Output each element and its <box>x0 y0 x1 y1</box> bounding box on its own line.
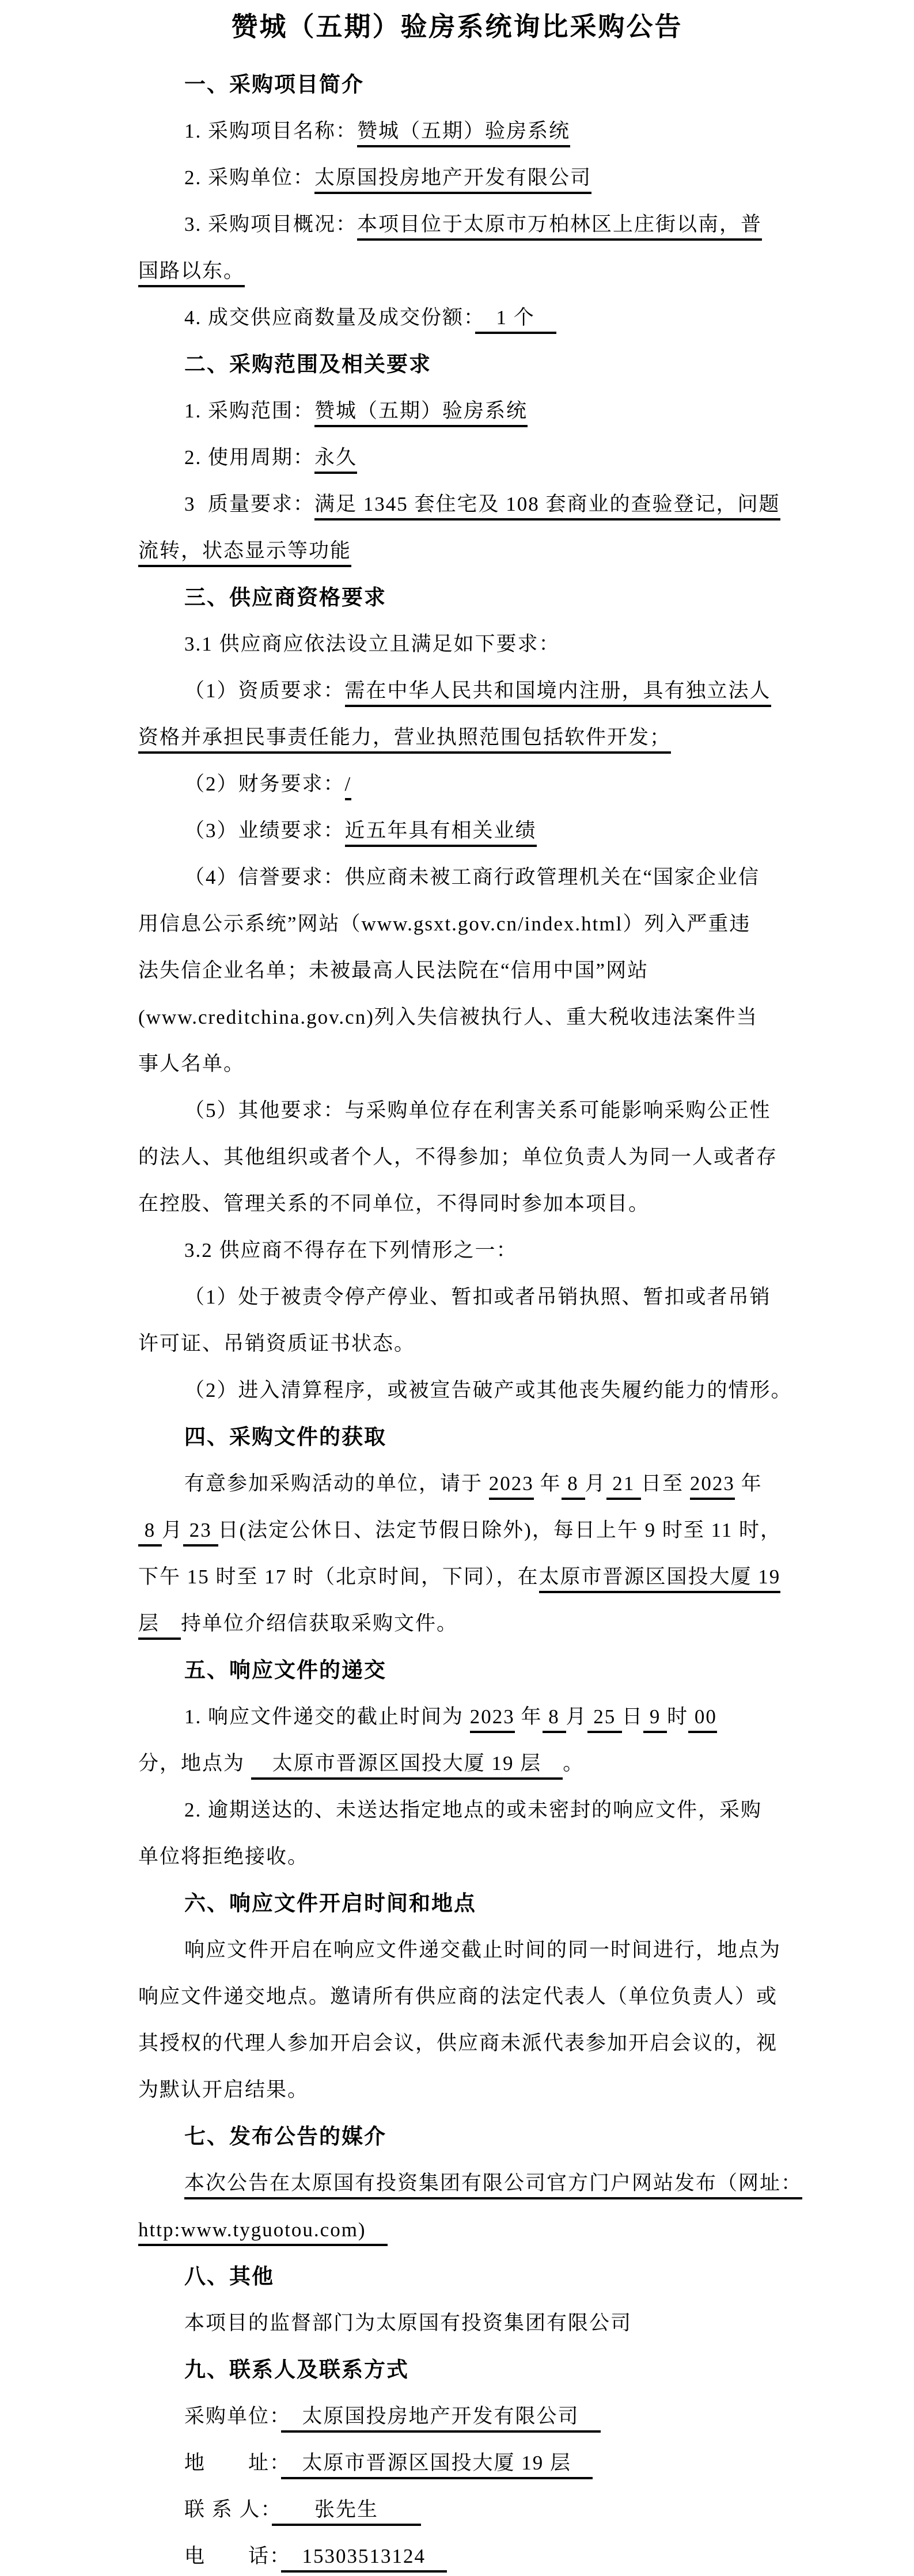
underlined-value-text: 太原国投房地产开发有限公司 <box>281 2405 601 2433</box>
performance-requirement-line: （3）业绩要求：近五年具有相关业绩 <box>184 818 537 844</box>
underlined-value-text: 2023 <box>690 1472 735 1500</box>
label-text: 月 <box>566 1705 587 1728</box>
label-text: 1. 采购范围： <box>184 400 314 422</box>
clause-3-2: 3.2 供应商不得存在下列情形之一： <box>184 1237 518 1264</box>
section-heading-6: 六、响应文件开启时间和地点 <box>184 1890 476 1917</box>
underlined-value-text: 8 <box>138 1519 162 1547</box>
label-text: 3. 采购项目概况： <box>184 213 357 235</box>
underlined-value-text: 永久 <box>314 446 357 474</box>
label-text: 在控股、管理关系的不同单位，不得同时参加本项目。 <box>138 1192 650 1215</box>
label-text: 2. 使用周期： <box>184 446 314 469</box>
supplier-count-line: 4. 成交供应商数量及成交份额： 1 个 <box>184 305 556 331</box>
section-heading-9: 九、联系人及联系方式 <box>184 2357 409 2383</box>
underlined-value-text: 本次公告在太原国有投资集团有限公司官方门户网站发布（网址： <box>184 2172 802 2199</box>
label-text: 月 <box>162 1519 183 1541</box>
label-text: 八、其他 <box>184 2265 274 2288</box>
label-text: 单位将拒绝接收。 <box>138 1845 309 1868</box>
underlined-value-text: 太原国投房地产开发有限公司 <box>314 166 591 194</box>
underlined-value-text: 1 个 <box>475 306 556 334</box>
label-text: 2. 逾期送达的、未送达指定地点的或未密封的响应文件，采购 <box>184 1799 762 1821</box>
label-text: 采购单位： <box>184 2405 281 2427</box>
underlined-value-text: 太原市晋源区国投大厦 19 <box>539 1566 781 1593</box>
announcement-media-line: 本次公告在太原国有投资集团有限公司官方门户网站发布（网址： <box>184 2170 802 2197</box>
opening-info-line: 响应文件开启在响应文件递交截止时间的同一时间进行，地点为 <box>184 1937 781 1963</box>
situation-1-cont: 许可证、吊销资质证书状态。 <box>138 1331 415 1357</box>
underlined-value-text: 25 <box>587 1705 623 1733</box>
label-text: 年 <box>735 1472 763 1495</box>
label-text: （5）其他要求：与采购单位存在利害关系可能影响采购公正性 <box>184 1099 771 1122</box>
label-text: 时 <box>667 1705 688 1728</box>
underlined-value-text: 00 <box>688 1705 717 1733</box>
section-heading-1: 一、采购项目简介 <box>184 71 364 98</box>
label-text: 九、联系人及联系方式 <box>184 2358 409 2381</box>
quality-requirement-line: 3 质量要求：满足 1345 套住宅及 108 套商业的查验登记，问题 <box>184 491 780 518</box>
situation-2-line: （2）进入清算程序，或被宣告破产或其他丧失履约能力的情形。 <box>184 1377 792 1404</box>
label-text: 。 <box>563 1752 584 1775</box>
label-text: 五、响应文件的递交 <box>184 1658 386 1682</box>
underlined-value-text: 近五年具有相关业绩 <box>345 819 537 847</box>
underlined-value-text: 层 <box>138 1612 181 1640</box>
label-text: 四、采购文件的获取 <box>184 1425 386 1449</box>
qualification-line: （1）资质要求：需在中华人民共和国境内注册，具有独立法人 <box>184 678 771 704</box>
submission-deadline-line: 1. 响应文件递交的截止时间为 2023 年 8 月 25 日 9 时 00 <box>184 1704 717 1730</box>
label-text: 响应文件递交地点。邀请所有供应商的法定代表人（单位负责人）或 <box>138 1985 778 2008</box>
other-requirement-line: （5）其他要求：与采购单位存在利害关系可能影响采购公正性 <box>184 1097 771 1124</box>
underlined-value-text: 9 <box>643 1705 667 1733</box>
underlined-value-text: 国路以东。 <box>138 260 245 287</box>
label-text: 日至 <box>641 1472 690 1495</box>
label-text: 电 话： <box>184 2545 281 2567</box>
contact-person-line: 联 系 人： 张先生 <box>184 2497 421 2523</box>
underlined-value-text: 需在中华人民共和国境内注册，具有独立法人 <box>345 679 771 707</box>
section-heading-3: 三、供应商资格要求 <box>184 584 386 611</box>
other-requirement-cont: 的法人、其他组织或者个人，不得参加；单位负责人为同一人或者存 <box>138 1144 778 1171</box>
contact-purchaser-line: 采购单位： 太原国投房地产开发有限公司 <box>184 2403 601 2430</box>
label-text: 二、采购范围及相关要求 <box>184 352 431 376</box>
late-submission-line: 2. 逾期送达的、未送达指定地点的或未密封的响应文件，采购 <box>184 1797 762 1823</box>
label-text: 3.1 供应商应依法设立且满足如下要求： <box>184 633 560 655</box>
credit-requirement-cont: 事人名单。 <box>138 1051 245 1077</box>
label-text: （4）信誉要求：供应商未被工商行政管理机关在“国家企业信 <box>184 866 760 888</box>
label-text: 1. 响应文件递交的截止时间为 <box>184 1705 470 1728</box>
announcement-media-url: http:www.tyguotou.com) <box>138 2217 388 2243</box>
qualification-cont: 资格并承担民事责任能力，营业执照范围包括软件开发； <box>138 724 671 751</box>
label-text: 为默认开启结果。 <box>138 2079 309 2101</box>
underlined-value-text: 15303513124 <box>281 2545 447 2573</box>
underlined-value-text: 资格并承担民事责任能力，营业执照范围包括软件开发； <box>138 726 671 754</box>
underlined-value-text: 2023 <box>489 1472 534 1500</box>
project-overview-line: 3. 采购项目概况：本项目位于太原市万柏林区上庄街以南，普 <box>184 211 762 238</box>
label-text: 分，地点为 <box>138 1752 251 1775</box>
project-overview-cont: 国路以东。 <box>138 258 245 284</box>
underlined-value-text: 8 <box>562 1472 585 1500</box>
clause-3-1: 3.1 供应商应依法设立且满足如下要求： <box>184 631 560 658</box>
label-text: 事人名单。 <box>138 1053 245 1075</box>
label-text: 用信息公示系统”网站（www.gsxt.gov.cn/index.html）列入… <box>138 913 750 935</box>
document-obtain-cont: 下午 15 时至 17 时（北京时间，下同），在太原市晋源区国投大厦 19 <box>138 1564 780 1590</box>
label-text: 一、采购项目简介 <box>184 73 364 96</box>
underlined-value-text: 23 <box>183 1519 218 1547</box>
label-text: 三、供应商资格要求 <box>184 586 386 609</box>
document-obtain-cont: 层 持单位介绍信获取采购文件。 <box>138 1610 458 1637</box>
label-text: 联 系 人： <box>184 2498 272 2521</box>
contact-address-line: 地 址： 太原市晋源区国投大厦 19 层 <box>184 2450 593 2476</box>
section-heading-5: 五、响应文件的递交 <box>184 1657 386 1684</box>
scope-line: 1. 采购范围：赞城（五期）验房系统 <box>184 398 528 424</box>
label-text: （1）处于被责令停产停业、暂扣或者吊销执照、暂扣或者吊销 <box>184 1286 771 1308</box>
label-text: 七、发布公告的媒介 <box>184 2125 386 2148</box>
underlined-value-text: 8 <box>543 1705 566 1733</box>
section-heading-7: 七、发布公告的媒介 <box>184 2123 386 2150</box>
underlined-value-text: 本项目位于太原市万柏林区上庄街以南，普 <box>357 213 762 241</box>
underlined-value-text: 满足 1345 套住宅及 108 套商业的查验登记，问题 <box>314 493 780 520</box>
label-text: 日 <box>622 1705 643 1728</box>
situation-1-line: （1）处于被责令停产停业、暂扣或者吊销执照、暂扣或者吊销 <box>184 1284 771 1310</box>
underlined-value-text: / <box>345 773 352 800</box>
underlined-value-text: 21 <box>606 1472 642 1500</box>
other-requirement-cont: 在控股、管理关系的不同单位，不得同时参加本项目。 <box>138 1191 650 1217</box>
label-text: 许可证、吊销资质证书状态。 <box>138 1332 415 1355</box>
label-text: 本项目的监督部门为太原国有投资集团有限公司 <box>184 2312 632 2334</box>
label-text: 4. 成交供应商数量及成交份额： <box>184 306 475 329</box>
label-text: (www.creditchina.gov.cn)列入失信被执行人、重大税收违法案… <box>138 1006 758 1028</box>
label-text: 年 <box>515 1705 543 1728</box>
submission-deadline-cont: 分，地点为 太原市晋源区国投大厦 19 层 。 <box>138 1750 584 1777</box>
label-text: （2）进入清算程序，或被宣告破产或其他丧失履约能力的情形。 <box>184 1379 792 1401</box>
label-text: 有意参加采购活动的单位，请于 <box>184 1472 489 1495</box>
document-obtain-line: 有意参加采购活动的单位，请于 2023 年 8 月 21 日至 2023 年 <box>184 1471 763 1497</box>
label-text: 3.2 供应商不得存在下列情形之一： <box>184 1239 518 1262</box>
document-obtain-cont: 8 月 23 日(法定公休日、法定节假日除外)，每日上午 9 时至 11 时， <box>138 1517 782 1544</box>
section-heading-8: 八、其他 <box>184 2263 274 2290</box>
label-text: 持单位介绍信获取采购文件。 <box>181 1612 458 1635</box>
purchaser-line: 2. 采购单位：太原国投房地产开发有限公司 <box>184 165 591 191</box>
opening-info-cont: 响应文件递交地点。邀请所有供应商的法定代表人（单位负责人）或 <box>138 1984 778 2010</box>
late-submission-cont: 单位将拒绝接收。 <box>138 1844 309 1870</box>
document-title: 赞城（五期）验房系统询比采购公告 <box>0 6 914 44</box>
supervision-line: 本项目的监督部门为太原国有投资集团有限公司 <box>184 2310 632 2336</box>
label-text: 日(法定公休日、法定节假日除外)，每日上午 9 时至 11 时， <box>218 1519 782 1541</box>
credit-requirement-line: （4）信誉要求：供应商未被工商行政管理机关在“国家企业信 <box>184 864 760 891</box>
credit-requirement-cont: 用信息公示系统”网站（www.gsxt.gov.cn/index.html）列入… <box>138 911 750 937</box>
quality-requirement-cont: 流转，状态显示等功能 <box>138 538 351 564</box>
label-text: 下午 15 时至 17 时（北京时间，下同），在 <box>138 1566 539 1588</box>
underlined-value-text: 太原市晋源区国投大厦 19 层 <box>251 1752 563 1780</box>
underlined-value-text: 张先生 <box>272 2498 421 2526</box>
underlined-value-text: 流转，状态显示等功能 <box>138 539 351 567</box>
section-heading-2: 二、采购范围及相关要求 <box>184 351 431 378</box>
label-text: 3 质量要求： <box>184 493 314 515</box>
section-heading-4: 四、采购文件的获取 <box>184 1424 386 1450</box>
usage-period-line: 2. 使用周期：永久 <box>184 444 357 471</box>
label-text: 2. 采购单位： <box>184 166 314 189</box>
label-text: （2）财务要求： <box>184 773 345 795</box>
opening-info-cont: 为默认开启结果。 <box>138 2077 309 2103</box>
underlined-value-text: 太原市晋源区国投大厦 19 层 <box>281 2452 593 2479</box>
label-text: （1）资质要求： <box>184 679 345 702</box>
label-text: 其授权的代理人参加开启会议，供应商未派代表参加开启会议的，视 <box>138 2032 778 2054</box>
underlined-value-text: http:www.tyguotou.com) <box>138 2218 388 2246</box>
label-text: 年 <box>534 1472 562 1495</box>
opening-info-cont: 其授权的代理人参加开启会议，供应商未派代表参加开启会议的，视 <box>138 2030 778 2057</box>
label-text: 月 <box>585 1472 606 1495</box>
label-text: 的法人、其他组织或者个人，不得参加；单位负责人为同一人或者存 <box>138 1146 778 1168</box>
label-text: 六、响应文件开启时间和地点 <box>184 1891 476 1915</box>
project-name-line: 1. 采购项目名称：赞城（五期）验房系统 <box>184 118 570 145</box>
document-page: 赞城（五期）验房系统询比采购公告 一、采购项目简介1. 采购项目名称：赞城（五期… <box>0 0 914 2576</box>
finance-requirement-line: （2）财务要求：/ <box>184 771 351 797</box>
label-text: 1. 采购项目名称： <box>184 120 357 142</box>
credit-requirement-cont: (www.creditchina.gov.cn)列入失信被执行人、重大税收违法案… <box>138 1004 758 1031</box>
contact-phone-line: 电 话： 15303513124 <box>184 2543 447 2570</box>
underlined-value-text: 赞城（五期）验房系统 <box>357 120 570 147</box>
underlined-value-text: 赞城（五期）验房系统 <box>314 400 528 427</box>
underlined-value-text: 2023 <box>470 1705 515 1733</box>
label-text: 地 址： <box>184 2452 281 2474</box>
credit-requirement-cont: 法失信企业名单；未被最高人民法院在“信用中国”网站 <box>138 958 648 984</box>
label-text: （3）业绩要求： <box>184 819 345 842</box>
label-text: 响应文件开启在响应文件递交截止时间的同一时间进行，地点为 <box>184 1939 781 1961</box>
label-text: 法失信企业名单；未被最高人民法院在“信用中国”网站 <box>138 959 648 982</box>
